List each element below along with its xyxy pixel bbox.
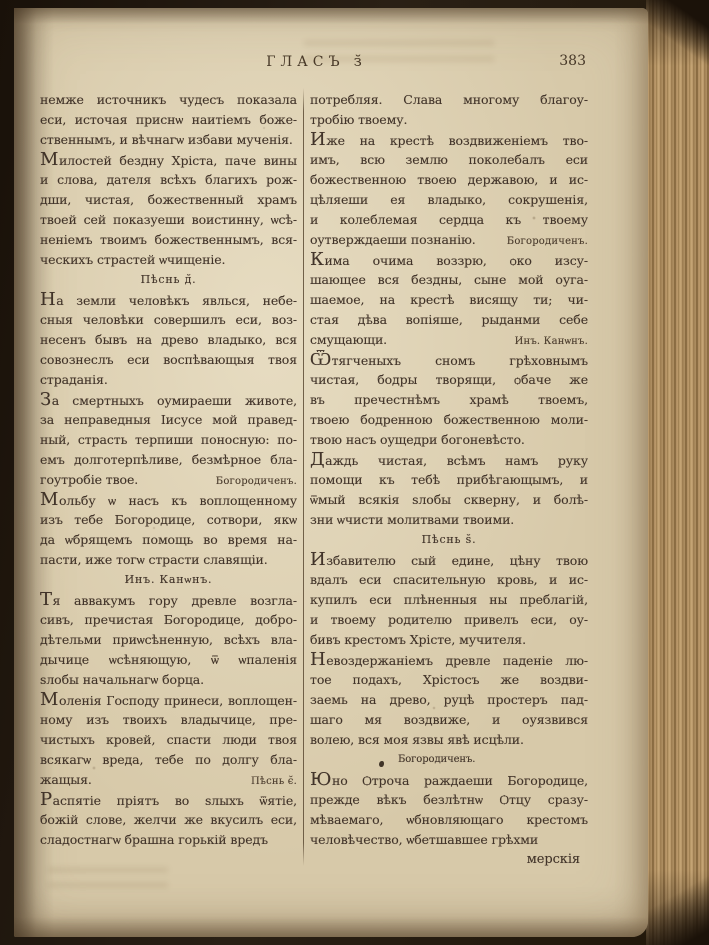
section-label: Инъ. Канѡнъ.	[515, 332, 588, 350]
text-line: дычице ѡсѣняющую, ѿ ѡпаленія	[40, 650, 297, 670]
section-label: Пѣснь ѕ̆.	[310, 530, 588, 550]
text-line: Иже на крестѣ воздвиженіемъ тво-	[310, 130, 588, 150]
text-line: страданія.	[40, 370, 297, 390]
column-divider-rule	[303, 88, 304, 866]
text-line-text: гоутробіе твое.	[40, 470, 138, 490]
text-line: ному изъ твоихъ владычице, пре-	[40, 710, 297, 730]
text-line: волею, вся моя язвы явѣ исцѣли.	[310, 730, 588, 750]
text-line: и колеблемая сердца къ твоему	[310, 210, 588, 230]
text-line-text: жащыя.	[40, 770, 92, 790]
text-line: ственнымъ, и вѣчнагѡ избави мученія.	[40, 130, 297, 150]
text-line: Невоздержаніемъ древле паденіе лю-	[310, 650, 588, 670]
paragraph: За смертныхъ оумираеши животе,за неправе…	[40, 390, 297, 490]
text-line: да ѡбрящемъ помощь во время на-	[40, 530, 297, 550]
header-glas-label: ГЛАСЪ	[266, 54, 344, 70]
header-glas-number: з̆	[354, 52, 362, 70]
text-line: дши, чистая, божественный храмъ	[40, 190, 297, 210]
text-line: дѣтельми приѡсѣненную, всѣхъ вла-	[40, 630, 297, 650]
text-line: шаемое, на крестѣ висящу ти; чи-	[310, 290, 588, 310]
section-label: Богородиченъ.	[507, 232, 588, 250]
text-line: чистыхъ кровей, спасти люди твоя	[40, 730, 297, 750]
paragraph: Кима очима воззрю, ѻко изсу-шающее вся б…	[310, 250, 588, 350]
paragraph: Распятіе пріятъ во ѕлыхъ ѿятіе,божій сло…	[40, 790, 297, 850]
text-line: за неправедныя Іисусе мой правед-	[40, 410, 297, 430]
paragraph: Невоздержаніемъ древле паденіе лю-тое по…	[310, 650, 588, 750]
text-line: помощи къ тебѣ прибѣгающымъ, и	[310, 470, 588, 490]
text-line: изъ тебе Богородице, сотвори, якѡ	[40, 510, 297, 530]
text-line: На земли человѣкъ явлься, небе-	[40, 290, 297, 310]
header-glas: ГЛАСЪз̆	[40, 52, 588, 70]
text-line: За смертныхъ оумираеши животе,	[40, 390, 297, 410]
text-line: всякагѡ вреда, тебе по долгу бла-	[40, 750, 297, 770]
text-line-text: смущающи.	[310, 330, 387, 350]
text-line: божій слове, желчи же вкусилъ еси,	[40, 810, 297, 830]
paragraph: Ѿтягченыхъ сномъ грѣховнымъчистая, бодры…	[310, 350, 588, 450]
text-line: Тя аввакумъ гору древле возгла-	[40, 590, 297, 610]
text-line: въ пречестнѣмъ храмѣ твоемъ,	[310, 390, 588, 410]
paragraph: Избавителю сый едине, цѣну твоювдалъ еси…	[310, 550, 588, 650]
text-line: шающее вся бездны, сыне мой оуга-	[310, 270, 588, 290]
text-line: еси, источая приснѡ наитіемъ боже-	[40, 110, 297, 130]
section-label: Богородиченъ.	[310, 750, 588, 770]
text-line: ѕлобы начальнагѡ борца.	[40, 670, 297, 690]
text-column-left: немже источникъ чудесъ показалаеси, исто…	[40, 90, 297, 850]
text-line: оутверждаеши познанію.Богородиченъ.	[310, 230, 588, 250]
text-line: потребляя. Слава многому благоу-	[310, 90, 588, 110]
text-line: тое подахъ, Хрістосъ же воздви-	[310, 670, 588, 690]
text-line: жащыя.Пѣснь є̆.	[40, 770, 297, 790]
paragraph: На земли человѣкъ явлься, небе-сныя чело…	[40, 290, 297, 390]
text-line: неніемъ твоимъ божественнымъ, вся-	[40, 230, 297, 250]
text-line: твою насъ оущедри богоневѣсто.	[310, 430, 588, 450]
text-line: совознеслъ еси воспѣвающыя твоя	[40, 350, 297, 370]
text-line: смущающи.Инъ. Канѡнъ.	[310, 330, 588, 350]
text-line: Милостей бездну Хріста, паче вины	[40, 150, 297, 170]
text-line: чистая, бодры творящи, ѻбаче же	[310, 370, 588, 390]
page-number: 383	[559, 53, 586, 69]
text-line: Кима очима воззрю, ѻко изсу-	[310, 250, 588, 270]
paragraph: Даждь чистая, всѣмъ намъ рукупомощи къ т…	[310, 450, 588, 530]
text-line: Моленія Господу принеси, воплощен-	[40, 690, 297, 710]
text-line: Юно Ѻтроча раждаеши Богородице,	[310, 770, 588, 790]
text-line: мѣваемаго, ѡбновляющаго крестомъ	[310, 810, 588, 830]
text-line: и слова, дателя всѣхъ благихъ рож-	[40, 170, 297, 190]
text-line: пасти, иже тогѡ страсти славящіи.	[40, 550, 297, 570]
section-label: Богородиченъ.	[216, 472, 297, 490]
text-line: Распятіе пріятъ во ѕлыхъ ѿятіе,	[40, 790, 297, 810]
text-line: Избавителю сый едине, цѣну твою	[310, 550, 588, 570]
text-line: купилъ еси плѣненныя ны преблагій,	[310, 590, 588, 610]
text-line-text: оутверждаеши познанію.	[310, 230, 476, 250]
text-line: сныя человѣки совершилъ еси, воз-	[40, 310, 297, 330]
text-line: Даждь чистая, всѣмъ намъ руку	[310, 450, 588, 470]
text-line: заемь на древо, руцѣ простеръ пад-	[310, 690, 588, 710]
text-line: божественною твоею державою, и ис-	[310, 170, 588, 190]
text-column-right: потребляя. Слава многому благоу-тробію т…	[310, 90, 588, 870]
text-line: емъ долготерпѣливе, безмѣрное бла-	[40, 450, 297, 470]
paragraph: Мольбу ѡ насъ къ воплощенномуизъ тебе Бо…	[40, 490, 297, 570]
text-line: прежде вѣкъ безлѣтнѡ Ѻтцу сразу-	[310, 790, 588, 810]
text-line: бивъ крестомъ Хрісте, мучителя.	[310, 630, 588, 650]
text-line: человѣчество, ѡбетшавшее грѣхми	[310, 830, 588, 850]
text-line: твоею бодренною божественною моли-	[310, 410, 588, 430]
text-line: и твоему родителю привелъ еси, оу-	[310, 610, 588, 630]
catchword: мерскія	[310, 850, 588, 870]
paragraph: Иже на крестѣ воздвиженіемъ тво-имъ, всю…	[310, 130, 588, 250]
text-line: шаго мя воздвиже, и оуязвився	[310, 710, 588, 730]
text-line: Ѿтягченыхъ сномъ грѣховнымъ	[310, 350, 588, 370]
text-line: ный, страсть терпиши поносную: по-	[40, 430, 297, 450]
bleed-through-smudge	[48, 864, 168, 888]
section-label: Пѣснь д̆.	[40, 270, 297, 290]
section-label: Инъ. Канѡнъ.	[40, 570, 297, 590]
paragraph: Тя аввакумъ гору древле возгла-сивъ, пре…	[40, 590, 297, 690]
text-line: гоутробіе твое.Богородиченъ.	[40, 470, 297, 490]
text-line: ѿмый всякія ѕлобы скверну, и болѣ-	[310, 490, 588, 510]
book-photo: ГЛАСЪз̆ 383 немже источникъ чудесъ показ…	[0, 0, 709, 945]
text-line: вдалъ еси спасительную кровь, и ис-	[310, 570, 588, 590]
paragraph: Милостей бездну Хріста, паче виныи слова…	[40, 150, 297, 270]
text-line: цѣляеши ея владыко, сокрушенія,	[310, 190, 588, 210]
text-line: тробію твоему.	[310, 110, 588, 130]
text-line: несенъ бывъ на древо владыко, вся	[40, 330, 297, 350]
text-line: сладостнагѡ брашна горькій вредъ	[40, 830, 297, 850]
running-header: ГЛАСЪз̆ 383	[40, 52, 588, 72]
paragraph: потребляя. Слава многому благоу-тробію т…	[310, 90, 588, 130]
paragraph: Юно Ѻтроча раждаеши Богородице,прежде вѣ…	[310, 770, 588, 850]
paragraph: Моленія Господу принеси, воплощен-ному и…	[40, 690, 297, 790]
book-page: ГЛАСЪз̆ 383 немже источникъ чудесъ показ…	[14, 8, 648, 937]
text-line: сивъ, пречистая Богородице, добро-	[40, 610, 297, 630]
text-line: Мольбу ѡ насъ къ воплощенному	[40, 490, 297, 510]
text-line: немже источникъ чудесъ показала	[40, 90, 297, 110]
paragraph: немже источникъ чудесъ показалаеси, исто…	[40, 90, 297, 150]
text-line: твоей сей показуеши воистинну, ѡсѣ-	[40, 210, 297, 230]
text-line: зни ѡчисти молитвами твоими.	[310, 510, 588, 530]
text-line: стая дѣва вопіяше, рыданми себе	[310, 310, 588, 330]
text-line: имъ, всю землю поколебалъ еси	[310, 150, 588, 170]
section-label: Пѣснь є̆.	[251, 772, 297, 790]
book-fore-edge	[646, 0, 709, 945]
text-line: ческихъ страстей ѡчищеніе.	[40, 250, 297, 270]
